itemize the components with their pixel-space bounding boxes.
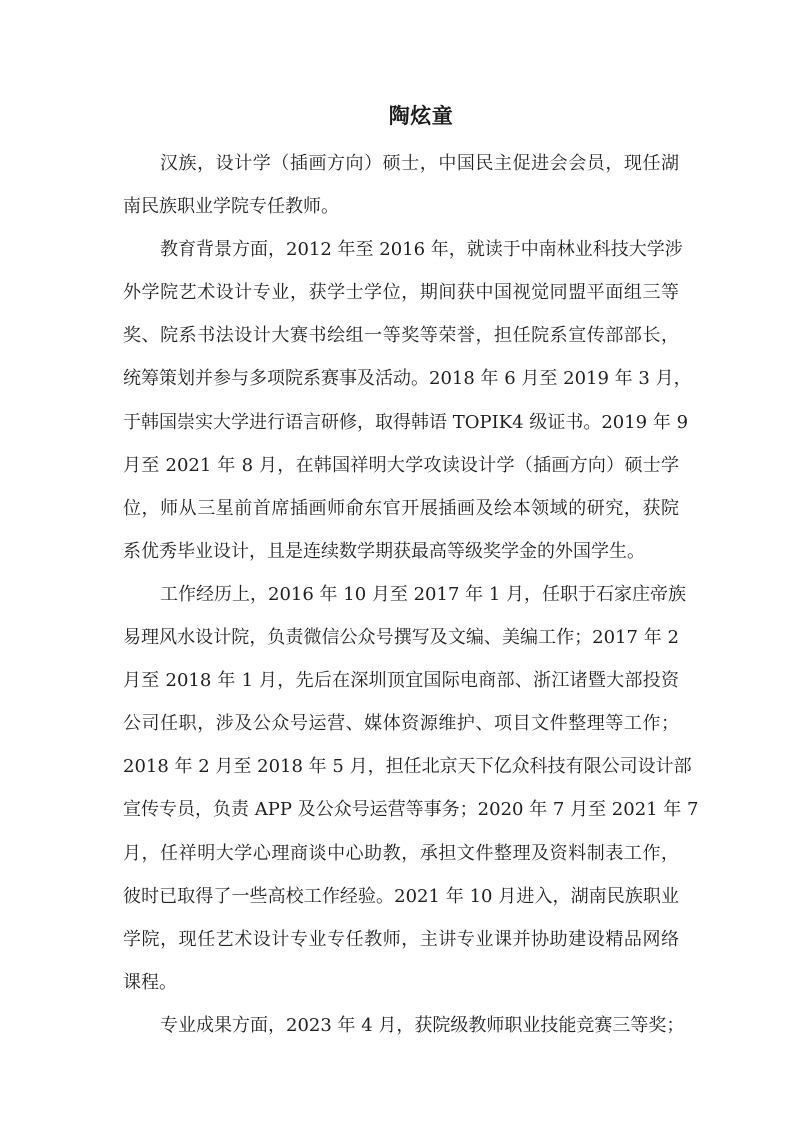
text-line: 月至 2021 年 8 月，在韩国祥明大学攻读设计学（插画方向）硕士学 <box>123 444 679 487</box>
text-line: 统筹策划并参与多项院系赛事及活动。2018 年 6 月至 2019 年 3 月， <box>123 357 679 400</box>
text-line: 奖、院系书法设计大赛书绘组一等奖等荣誉，担任院系宣传部部长， <box>123 314 679 357</box>
text-line: 学院，现任艺术设计专业专任教师，主讲专业课并协助建设精品网络 <box>123 918 679 961</box>
paragraph-work: 工作经历上，2016 年 10 月至 2017 年 1 月，任职于石家庄帝族 易… <box>123 573 679 1004</box>
text-line: 课程。 <box>123 961 679 1004</box>
text-line: 月，任祥明大学心理商谈中心助教，承担文件整理及资料制表工作， <box>123 832 679 875</box>
text-line: 专业成果方面，2023 年 4 月，获院级教师职业技能竞赛三等奖； <box>123 1004 679 1047</box>
text-line: 宣传专员，负责 APP 及公众号运营等事务；2020 年 7 月至 2021 年… <box>123 788 679 831</box>
text-line: 易理风水设计院，负责微信公众号撰写及文编、美编工作；2017 年 2 <box>123 616 679 659</box>
page-title: 陶炫童 <box>0 101 800 131</box>
text-line: 汉族，设计学（插画方向）硕士，中国民主促进会会员，现任湖 <box>123 142 679 185</box>
text-line: 公司任职，涉及公众号运营、媒体资源维护、项目文件整理等工作； <box>123 702 679 745</box>
text-line: 外学院艺术设计专业，获学士学位，期间获中国视觉同盟平面组三等 <box>123 271 679 314</box>
text-line: 彼时已取得了一些高校工作经验。2021 年 10 月进入，湖南民族职业 <box>123 875 679 918</box>
document-page: 陶炫童 汉族，设计学（插画方向）硕士，中国民主促进会会员，现任湖 南民族职业学院… <box>0 0 800 1132</box>
text-line: 教育背景方面，2012 年至 2016 年，就读于中南林业科技大学涉 <box>123 228 679 271</box>
text-line: 位，师从三星前首席插画师俞东官开展插画及绘本领域的研究，获院 <box>123 487 679 530</box>
paragraph-intro: 汉族，设计学（插画方向）硕士，中国民主促进会会员，现任湖 南民族职业学院专任教师… <box>123 142 679 228</box>
document-body: 汉族，设计学（插画方向）硕士，中国民主促进会会员，现任湖 南民族职业学院专任教师… <box>123 142 679 1047</box>
paragraph-achievements: 专业成果方面，2023 年 4 月，获院级教师职业技能竞赛三等奖； <box>123 1004 679 1047</box>
paragraph-education: 教育背景方面，2012 年至 2016 年，就读于中南林业科技大学涉 外学院艺术… <box>123 228 679 573</box>
text-line: 南民族职业学院专任教师。 <box>123 185 679 228</box>
text-line: 2018 年 2 月至 2018 年 5 月，担任北京天下亿众科技有限公司设计部 <box>123 745 679 788</box>
text-line: 于韩国崇实大学进行语言研修，取得韩语 TOPIK4 级证书。2019 年 9 <box>123 401 679 444</box>
text-line: 月至 2018 年 1 月，先后在深圳顶宜国际电商部、浙江诸暨大部投资 <box>123 659 679 702</box>
text-line: 系优秀毕业设计，且是连续数学期获最高等级奖学金的外国学生。 <box>123 530 679 573</box>
text-line: 工作经历上，2016 年 10 月至 2017 年 1 月，任职于石家庄帝族 <box>123 573 679 616</box>
